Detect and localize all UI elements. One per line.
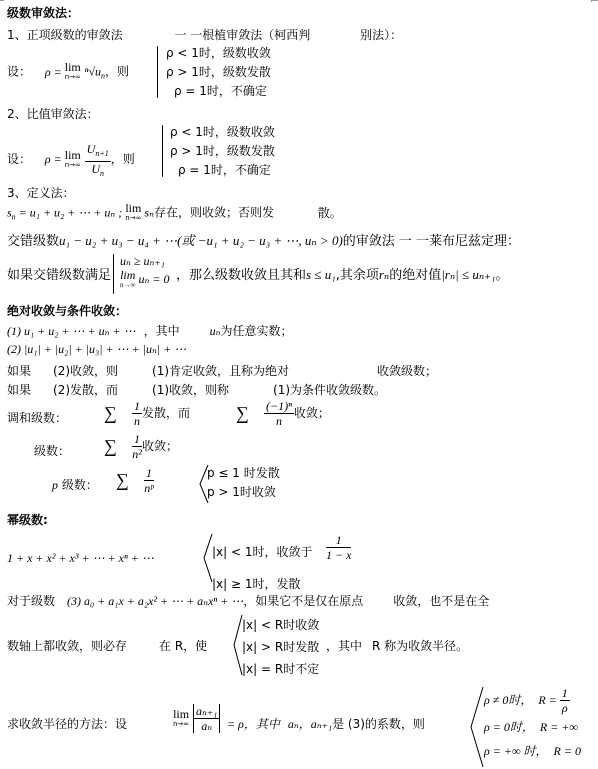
left-brace (162, 125, 163, 177)
root-test-formula: 设： ρ = limn→∞ ⁿ√un，则 (7, 62, 129, 82)
radius-method-label: 求收敛半径的方法：设 (7, 715, 127, 732)
radius-definition: ，其中R 称为收敛半径。 (326, 637, 468, 654)
case-diverge: p ≤ 1 时发散 (207, 464, 280, 483)
case-diverge: ρ > 1时，级数发散 (166, 63, 271, 82)
let-label: 设： (7, 65, 31, 79)
section-3-heading: 3、定义法： (7, 184, 75, 201)
case-converge: |x| < 1时，收敛于 (212, 536, 313, 568)
sigma-symbol: ∑ (116, 470, 129, 491)
ratio-test-formula: 设： ρ = limn→∞ Un+1 Un ，则 (7, 142, 135, 181)
page-title: 级数审敛法： (7, 4, 79, 21)
case-converge: p > 1时收敛 (207, 483, 280, 502)
power-series-heading: 幂级数: (7, 511, 48, 528)
p-series-cases: p ≤ 1 时发散 p > 1时收敛 (207, 464, 280, 502)
leibniz-line: 交错级数u₁ − u₂ + u₃ − u₄ + ⋯(或 −u₁ + u₂ − u… (7, 230, 520, 249)
left-brace (157, 46, 158, 98)
harmonic-label: 调和级数： (7, 409, 67, 426)
sigma-symbol: ∑ (236, 403, 249, 424)
leibniz-condition-label: 如果交错级数满足 (7, 264, 111, 283)
section-1-heading: 1、正项级数的审敛法 一 一根植审敛法（柯西判 别法）： (7, 26, 402, 43)
page-corner-mark (0, 0, 4, 1)
radius-formula: limn→∞ aₙ₊₁aₙ (173, 704, 220, 733)
power-series-line-2: 数轴上都收敛，则必存在 R，使 (7, 637, 207, 654)
leibniz-conclusion: ，那么级数收敛且其和s ≤ u₁,其余项rₙ的绝对值|rₙ| ≤ uₙ₊₁。 (176, 264, 509, 283)
p-series-term: 1nᵖ (144, 466, 154, 495)
left-brace (113, 254, 114, 294)
rho: ρ = (45, 65, 65, 79)
nth-root: ⁿ√u (85, 65, 101, 79)
cond-converge-line: 如果(2)发散，而(1)收敛，则称(1)为条件收敛级数。 (7, 381, 386, 398)
case-rho-zero: ρ = 0时，R = +∞ (484, 715, 581, 739)
limit: limn→∞ (125, 203, 141, 223)
alt-harmonic-term: (−1)ⁿn收敛； (264, 399, 330, 428)
case-undetermined: |x| = R时不定 (242, 658, 319, 680)
series-1-line: (1) u₁ + u₂ + ⋯ + uₙ + ⋯，其中uₙ为任意实数； (7, 322, 293, 339)
p-series-label: p 级数： (52, 476, 98, 493)
case-converge: ρ < 1时，级数收敛 (170, 123, 275, 142)
case-converge: |x| < R时收敛 (242, 614, 319, 636)
radius-formula-tail: = ρ，其中aₙ，aₙ₊₁是 (3)的系数，则 (227, 715, 425, 732)
limit: limn→∞ (65, 150, 81, 170)
series-2-line: (2) |u₁| + |u₂| + |u₃| + ⋯ + |uₙ| + ⋯ (7, 342, 186, 357)
section-1-title: 1、正项级数的审敛法 (7, 28, 123, 42)
leibniz-conditions: uₙ ≥ uₙ₊₁ limn→∞ uₙ = 0 (120, 252, 169, 290)
angle-bracket (470, 686, 484, 768)
root-test-tail: 别法）： (360, 28, 402, 42)
definition-formula: sn = u₁ + u₂ + ⋯ + uₙ ; limn→∞ sₙ存在，则收敛；… (7, 203, 342, 223)
root-test-title: 一 一根植审敛法（柯西判 (174, 28, 310, 42)
let-label: 设： (7, 152, 31, 166)
radius-cases: |x| < R时收敛 |x| > R时发散 |x| = R时不定 (242, 614, 319, 680)
geometric-series: 1 + x + x² + x³ + ⋯ + xⁿ + ⋯ (7, 551, 154, 566)
case-undetermined: ρ = 1时，不确定 (166, 82, 271, 101)
then-label: ，则 (105, 65, 129, 79)
page-corner-mark (592, 0, 598, 1)
root-test-cases: ρ < 1时，级数收敛 ρ > 1时，级数发散 ρ = 1时，不确定 (166, 44, 271, 101)
abs-converge-line: 如果(2)收敛，则(1)肯定收敛，且称为绝对收敛级数； (7, 362, 437, 379)
sigma-symbol: ∑ (104, 403, 117, 424)
limit: limn→∞ (65, 62, 81, 82)
series-label: 级数： (34, 442, 70, 459)
power-series-line-1: 对于级数(3) a₀ + a₁x + a₂x² + ⋯ + aₙxⁿ + ⋯，如… (7, 592, 489, 609)
ratio-fraction: Un+1 Un (85, 142, 111, 181)
sigma-symbol: ∑ (104, 436, 117, 457)
case-diverge: |x| > R时发散 (242, 636, 319, 658)
case-converge: ρ < 1时，级数收敛 (166, 44, 271, 63)
square-series-term: 1n²收敛； (132, 432, 178, 461)
rho: ρ = (45, 152, 65, 166)
abs-cond-heading: 绝对收敛与条件收敛： (7, 302, 127, 319)
page-corner-mark (591, 0, 592, 2)
case-rho-nonzero: ρ ≠ 0时，R = 1ρ (484, 686, 581, 715)
geometric-cases: |x| < 1时，收敛于 |x| ≥ 1时，发散 (212, 536, 313, 600)
case-diverge: ρ > 1时，级数发散 (170, 142, 275, 161)
case-rho-infinity: ρ = +∞ 时，R = 0 (484, 739, 581, 763)
then-label: ，则 (111, 152, 135, 166)
absolute-value-bars: aₙ₊₁aₙ (193, 704, 220, 733)
case-undetermined: ρ = 1时，不确定 (170, 161, 275, 180)
condition-limit-zero: limn→∞ uₙ = 0 (120, 270, 169, 290)
harmonic-term: 1n发散，而 (132, 399, 190, 428)
geometric-sum: 11 − x (326, 533, 351, 562)
section-2-heading: 2、比值审敛法： (7, 105, 99, 122)
radius-result-cases: ρ ≠ 0时，R = 1ρ ρ = 0时，R = +∞ ρ = +∞ 时，R =… (484, 686, 581, 763)
ratio-test-cases: ρ < 1时，级数收敛 ρ > 1时，级数发散 ρ = 1时，不确定 (170, 123, 275, 180)
